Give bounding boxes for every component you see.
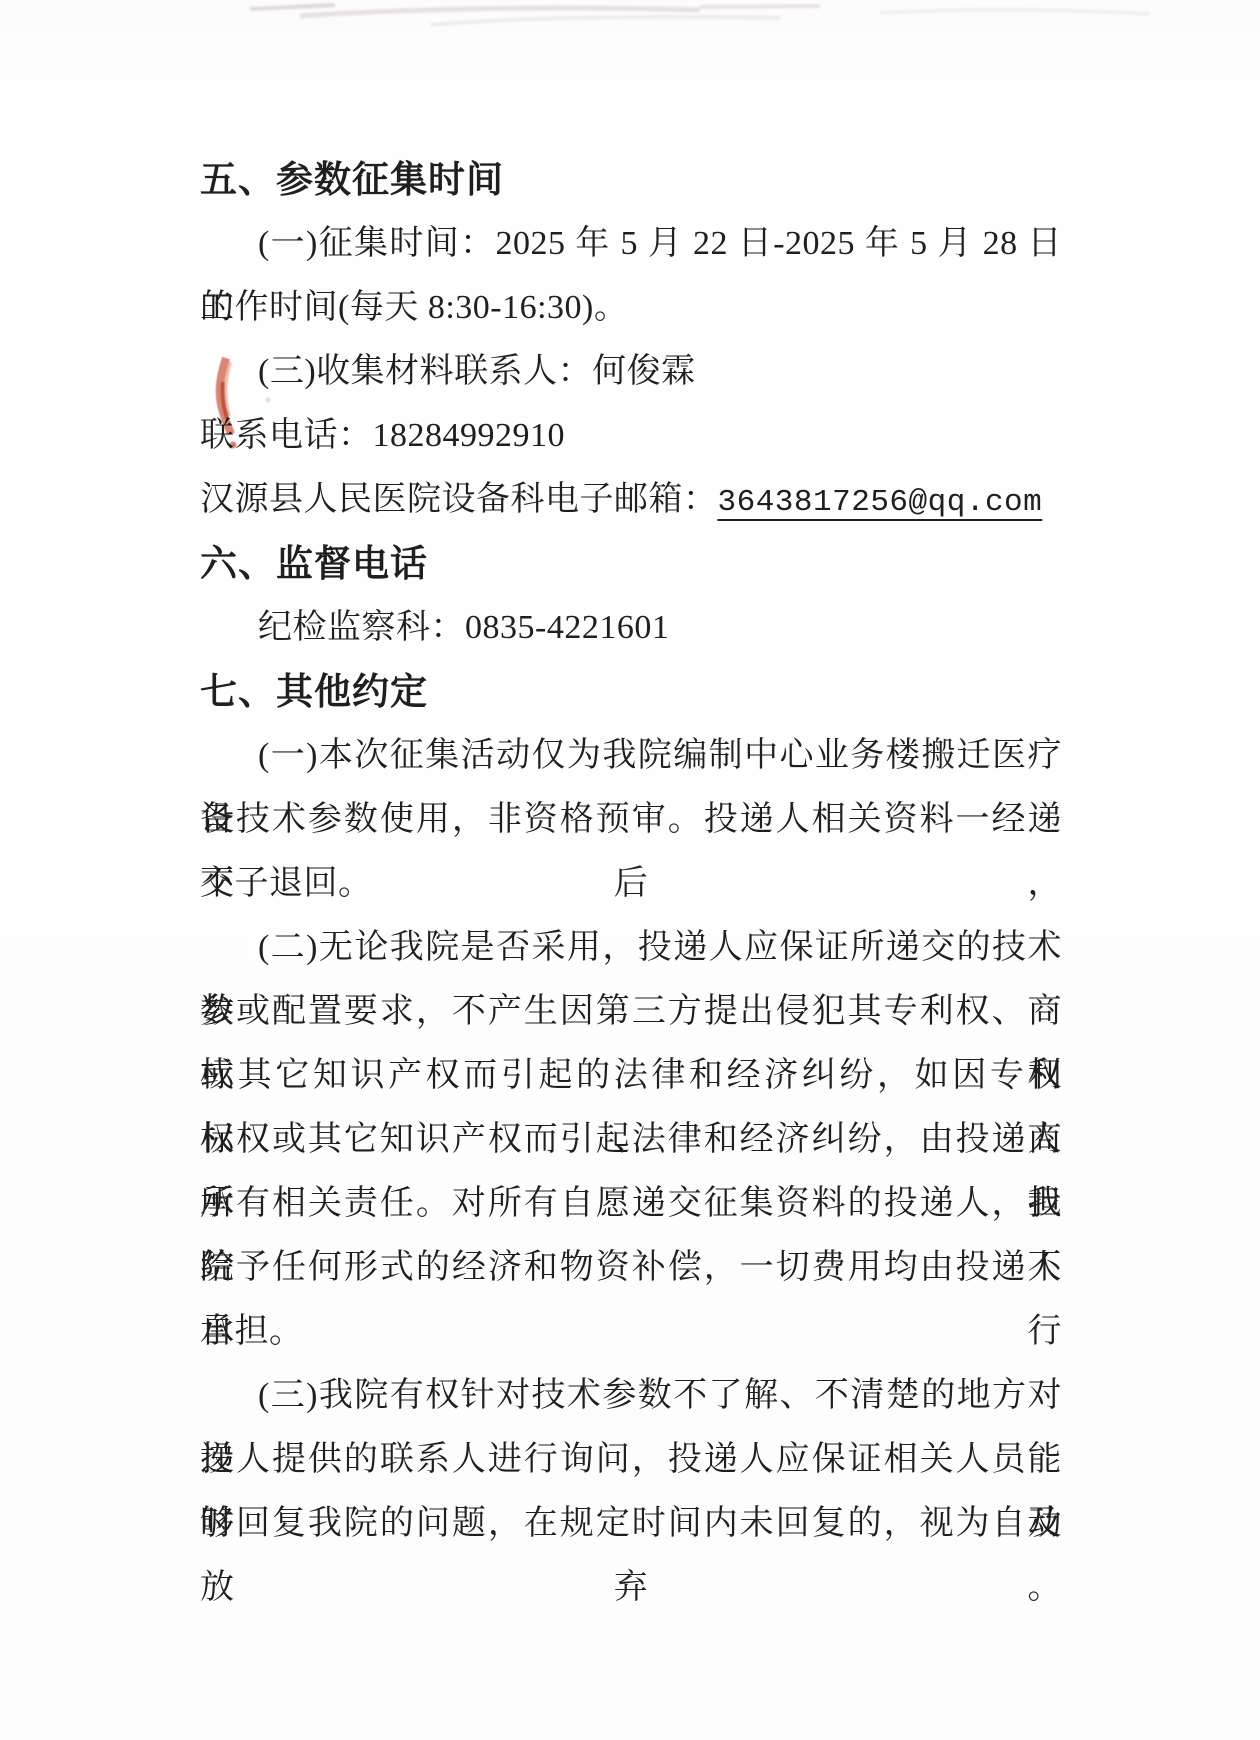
section-6-heading: 六、监督电话 (200, 532, 1062, 596)
email-line: 汉源县人民医院设备科电子邮箱：3643817256@qq.com (200, 468, 1062, 532)
supervision-phone-line: 纪检监察科：0835-4221601 (200, 596, 1062, 660)
collection-period-line-2: 工作时间(每天 8:30-16:30)。 (200, 276, 1062, 340)
clause-1-line-1: (一)本次征集活动仅为我院编制中心业务楼搬迁医疗设 (200, 724, 1062, 788)
clause-3-line-3: 时回复我院的问题，在规定时间内未回复的，视为自动放弃。 (200, 1492, 1062, 1556)
clause-2-line-6: 给予任何形式的经济和物资补偿，一切费用均由投递人自行 (200, 1236, 1062, 1300)
clause-2-line-2: 数或配置要求，不产生因第三方提出侵犯其专利权、商标权 (200, 980, 1062, 1044)
clause-2-line-5: 所有相关责任。对所有自愿递交征集资料的投递人，我院不 (200, 1172, 1062, 1236)
email-label: 汉源县人民医院设备科电子邮箱： (200, 481, 718, 518)
clause-2-line-4: 标权或其它知识产权而引起法律和经济纠纷，由投递人承担 (200, 1108, 1062, 1172)
scan-smudge-top (0, 0, 1260, 40)
section-5-heading: 五、参数征集时间 (200, 148, 1062, 212)
section-7-heading: 七、其他约定 (200, 660, 1062, 724)
contact-phone-line: 联系电话：18284992910 (200, 404, 1062, 468)
document-body: 五、参数征集时间 (一)征集时间：2025 年 5 月 22 日-2025 年 … (200, 148, 1062, 1556)
scanned-page: 五、参数征集时间 (一)征集时间：2025 年 5 月 22 日-2025 年 … (0, 0, 1260, 1740)
clause-2-line-1: (二)无论我院是否采用，投递人应保证所递交的技术参 (200, 916, 1062, 980)
clause-3-line-2: 递人提供的联系人进行询问，投递人应保证相关人员能够及 (200, 1428, 1062, 1492)
clause-3-line-1: (三)我院有权针对技术参数不了解、不清楚的地方对投 (200, 1364, 1062, 1428)
clause-1-line-2: 备技术参数使用，非资格预审。投递人相关资料一经递交后， (200, 788, 1062, 852)
clause-2-line-3: 或其它知识产权而引起的法律和经济纠纷，如因专利权、商 (200, 1044, 1062, 1108)
contact-person-line: (三)收集材料联系人：何俊霖 (200, 340, 1062, 404)
collection-period-line-1: (一)征集时间：2025 年 5 月 22 日-2025 年 5 月 28 日的 (200, 212, 1062, 276)
email-address: 3643817256@qq.com (718, 485, 1043, 520)
